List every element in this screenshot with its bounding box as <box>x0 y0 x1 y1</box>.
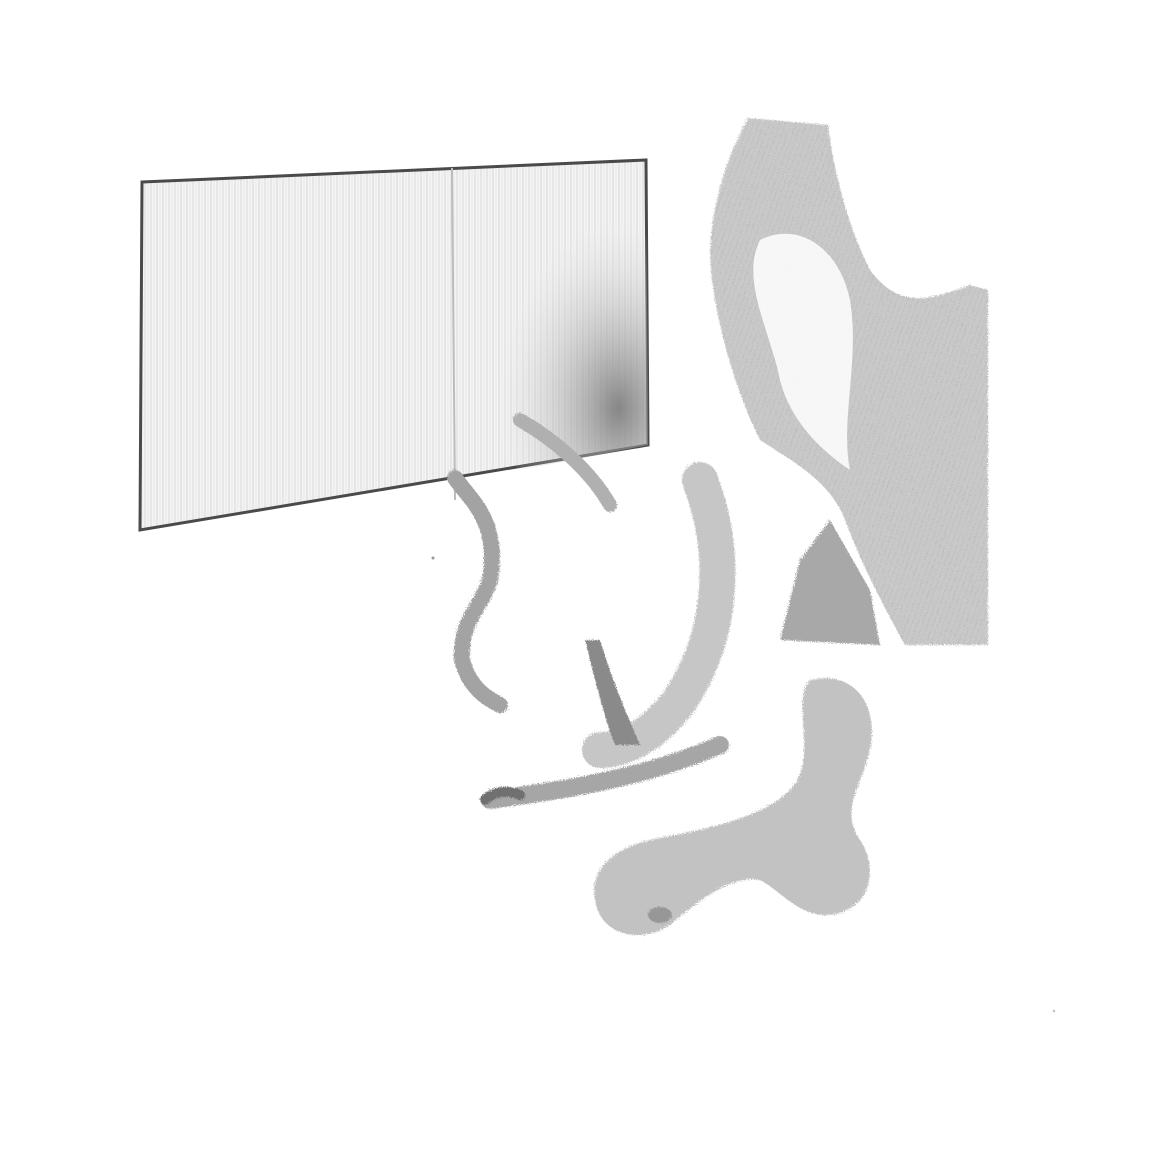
speck <box>432 557 435 560</box>
framed-rectangle <box>140 160 648 530</box>
central-swirl <box>455 420 720 800</box>
bottom-cloud-blot <box>594 678 872 935</box>
graphite-artwork <box>0 0 1170 1160</box>
speck <box>1053 1010 1055 1012</box>
